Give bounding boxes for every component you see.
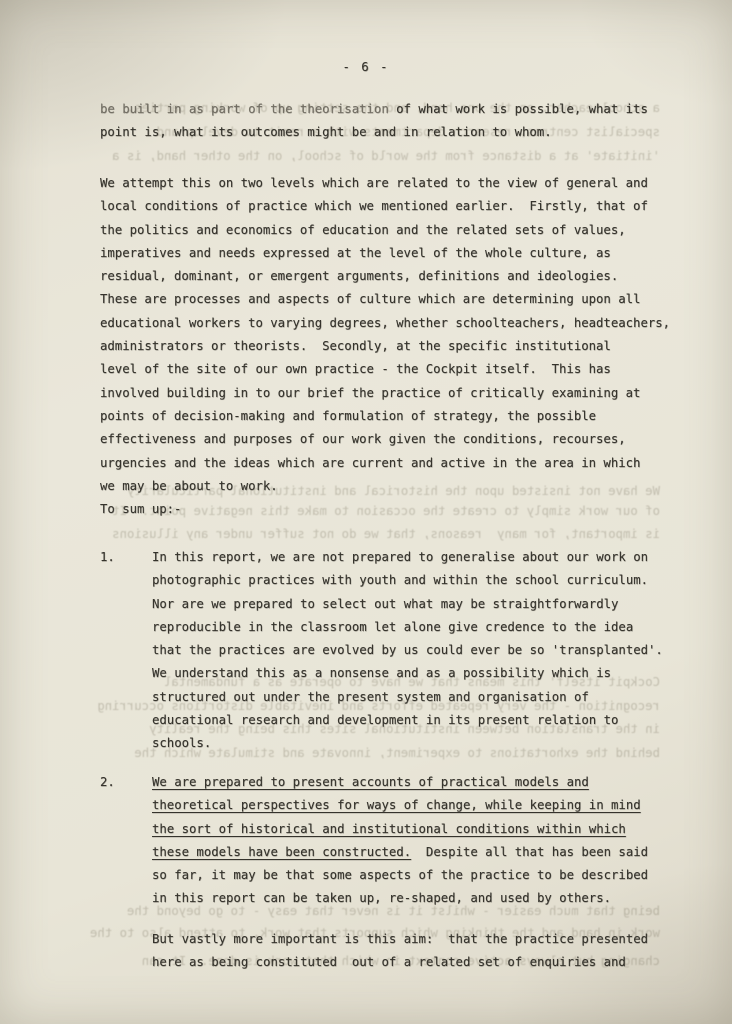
list-item-2-text: We are prepared to present accounts of p…	[152, 771, 648, 911]
list-item-2: 2. We are prepared to present accounts o…	[100, 771, 648, 911]
intro-line2: point is, what its outcomes might be and…	[100, 121, 648, 144]
list-item-1-text: In this report, we are not prepared to g…	[152, 546, 663, 756]
bleedthrough-line: 'initiate' at a distance from the world …	[96, 145, 660, 168]
paragraph-final: But vastly more important is this aim: t…	[152, 928, 648, 975]
paragraph-intro: be built in as part of the theorisation …	[100, 98, 648, 145]
underlined-line: We are prepared to present accounts of p…	[152, 771, 648, 794]
scanned-document-page: a schoolteacher, on the one hand, and th…	[0, 0, 732, 1024]
sum-up-heading: To sum up:-	[100, 498, 181, 521]
list-number-2: 2.	[100, 771, 115, 794]
underlined-line: theoretical perspectives for ways of cha…	[152, 794, 648, 817]
underlined-line: the sort of historical and institutional…	[152, 818, 648, 841]
bleedthrough-line: is important, for many reasons, that we …	[96, 523, 660, 546]
list-item-2-line5: so far, it may be that some aspects of t…	[152, 864, 648, 887]
intro-line1-rest: of what work is possible, what its	[389, 102, 648, 116]
list-item-1: 1. In this report, we are not prepared t…	[100, 546, 663, 756]
list-item-2-line6: in this report can be taken up, re-shape…	[152, 887, 648, 910]
worn-typed-text: be built in as part of the theorisation	[100, 102, 389, 116]
paragraph-two-levels: We attempt this on two levels which are …	[100, 172, 670, 498]
underlined-line-end: these models have been constructed.	[152, 845, 411, 859]
list-number-1: 1.	[100, 546, 115, 569]
after-underline-text: Despite all that has been said	[411, 845, 648, 859]
page-number: - 6 -	[0, 56, 732, 79]
